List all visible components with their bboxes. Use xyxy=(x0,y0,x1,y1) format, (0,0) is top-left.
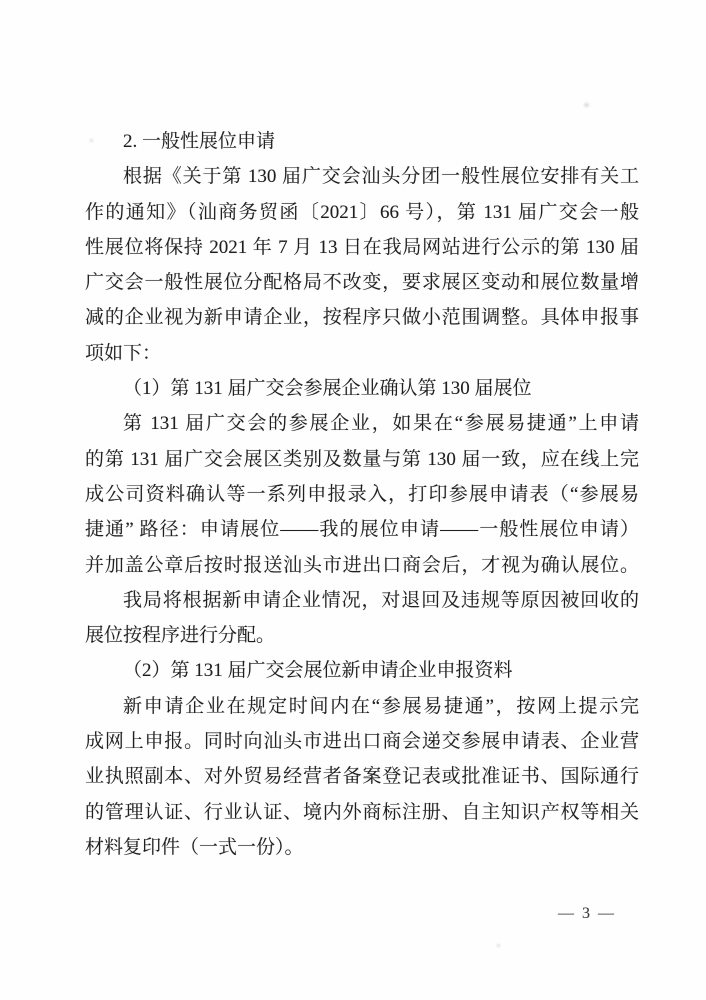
text-line: 根据《关于第 130 届广交会汕头分团一般性展位安排有关工 xyxy=(85,159,639,194)
text-line: 作的通知》（汕商务贸函〔2021〕66 号），第 131 届广交会一般 xyxy=(85,195,639,230)
text-line: 减的企业视为新申请企业，按程序只做小范围调整。具体申报事 xyxy=(85,300,639,335)
text-line: 广交会一般性展位分配格局不改变，要求展区变动和展位数量增 xyxy=(85,265,639,300)
text-line: 项如下： xyxy=(85,336,639,371)
subsection-heading: （1）第 131 届广交会参展企业确认第 130 届展位 xyxy=(85,371,639,406)
page-number: — 3 — xyxy=(558,905,616,923)
text-line: 成网上申报。同时向汕头市进出口商会递交参展申请表、企业营 xyxy=(85,724,639,759)
text-line: 第 131 届广交会的参展企业，如果在“参展易捷通”上申请 xyxy=(85,406,639,441)
text-line: 并加盖公章后按时报送汕头市进出口商会后，才视为确认展位。 xyxy=(85,548,639,583)
scan-speck xyxy=(497,944,500,947)
text-line: 性展位将保持 2021 年 7 月 13 日在我局网站进行公示的第 130 届 xyxy=(85,230,639,265)
section-heading: 2. 一般性展位申请 xyxy=(85,124,639,159)
scan-speck xyxy=(584,103,589,107)
subsection-heading: （2）第 131 届广交会展位新申请企业申报资料 xyxy=(85,653,639,688)
text-line: 的管理认证、行业认证、境内外商标注册、自主知识产权等相关 xyxy=(85,795,639,830)
text-line: 新申请企业在规定时间内在“参展易捷通”，按网上提示完 xyxy=(85,689,639,724)
text-line: 我局将根据新申请企业情况，对退回及违规等原因被回收的 xyxy=(85,583,639,618)
text-line: 成公司资料确认等一系列申报录入，打印参展申请表（“参展易 xyxy=(85,477,639,512)
text-line: 捷通” 路径：申请展位——我的展位申请——一般性展位申请） xyxy=(85,512,639,547)
text-line: 展位按程序进行分配。 xyxy=(85,618,639,653)
scan-speck xyxy=(90,139,93,142)
text-line: 业执照副本、对外贸易经营者备案登记表或批准证书、国际通行 xyxy=(85,759,639,794)
text-line: 的第 131 届广交会展区类别及数量与第 130 届一致，应在线上完 xyxy=(85,442,639,477)
text-line: 材料复印件（一式一份）。 xyxy=(85,830,639,865)
document-body: 2. 一般性展位申请 根据《关于第 130 届广交会汕头分团一般性展位安排有关工… xyxy=(85,124,639,865)
document-page: 2. 一般性展位申请 根据《关于第 130 届广交会汕头分团一般性展位安排有关工… xyxy=(0,0,706,1000)
